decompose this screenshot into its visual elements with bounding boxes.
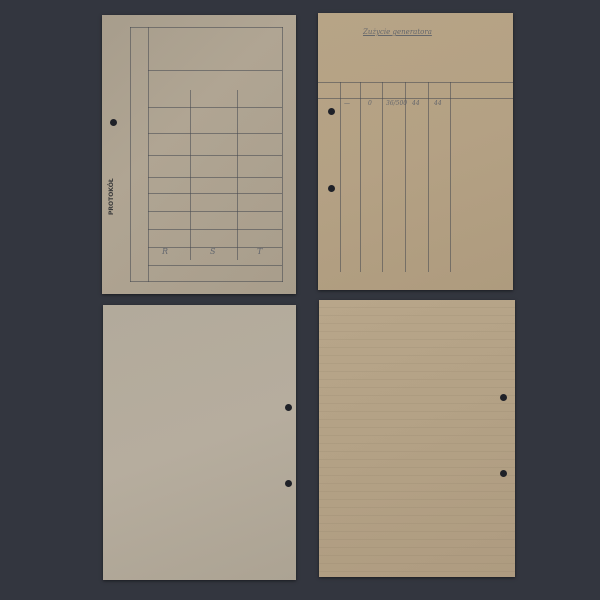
table-divider: [148, 155, 282, 156]
cell: 44: [434, 100, 442, 107]
punch-hole: [500, 470, 507, 477]
form-title: PROTOKÓŁ: [108, 178, 115, 215]
cell: 0: [368, 100, 372, 107]
table-border: [130, 27, 283, 28]
table-divider: [237, 90, 238, 260]
table-column-line: [360, 82, 361, 272]
table-column-line: [450, 82, 451, 272]
table-border: [130, 27, 131, 282]
blank-sheet: [103, 305, 296, 580]
table-divider: [190, 90, 191, 260]
row-label-r: R: [162, 247, 168, 256]
punch-hole: [500, 394, 507, 401]
table-column-line: [382, 82, 383, 272]
table-divider: [148, 133, 282, 134]
table-column-line: [340, 82, 341, 272]
punch-hole: [110, 119, 117, 126]
table-divider: [148, 229, 282, 230]
report-heading: Zużycie generatora: [363, 28, 432, 36]
handwritten-report-sheet: Zużycie generatora — 0 36/500 44 44: [318, 13, 513, 290]
table-header-line: [318, 98, 513, 99]
row-label-t: T: [257, 247, 262, 256]
table-border: [282, 27, 283, 282]
punch-hole: [328, 185, 335, 192]
table-border: [130, 281, 283, 282]
table-divider: [148, 265, 282, 266]
table-divider: [148, 107, 282, 108]
cell: 44: [412, 100, 420, 107]
row-label-s: S: [210, 247, 215, 256]
ruled-sheet: [319, 300, 515, 577]
table-column-line: [428, 82, 429, 272]
cell: 36/500: [386, 100, 407, 107]
table-divider: [148, 177, 282, 178]
table-column-line: [405, 82, 406, 272]
table-header-line: [318, 82, 513, 83]
punch-hole: [285, 404, 292, 411]
punch-hole: [285, 480, 292, 487]
table-divider: [148, 211, 282, 212]
protokol-form-sheet: PROTOKÓŁ R S T: [102, 15, 296, 294]
punch-hole: [328, 108, 335, 115]
table-divider: [148, 193, 282, 194]
table-divider: [148, 70, 282, 71]
cell: —: [344, 100, 350, 107]
